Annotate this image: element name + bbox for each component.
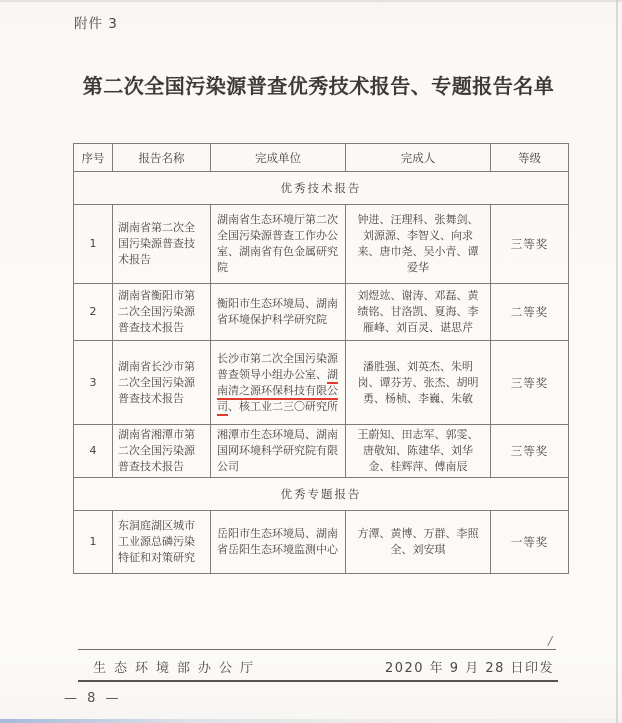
- header-unit: 完成单位: [211, 144, 346, 172]
- cell-report-name: 东洞庭湖区城市工业源总磷污染特征和对策研究: [113, 511, 211, 574]
- attachment-label: 附件 3: [74, 12, 118, 32]
- cell-people: 潘胜强、刘英杰、朱明岗、谭芬芳、张杰、胡明勇、杨桢、李巍、朱敏: [346, 341, 491, 425]
- header-report-name: 报告名称: [113, 144, 211, 172]
- cell-people: 方潭、黄博、万群、李照全、刘安琪: [346, 511, 491, 574]
- unit-text-after: 、核工业二三〇研究所: [228, 400, 338, 413]
- footer-rule-bottom: [78, 680, 558, 682]
- footer: 生态环境部办公厅 2020 年 9 月 28 日印发: [78, 655, 556, 677]
- cell-report-name: 湖南省第二次全国污染源普查技术报告: [113, 205, 211, 284]
- footer-issuer: 生态环境部办公厅: [78, 657, 261, 676]
- table-header-row: 序号 报告名称 完成单位 完成人 等级: [74, 144, 569, 172]
- scan-slash-mark: /: [547, 634, 554, 650]
- cell-serial: 3: [74, 341, 113, 425]
- cell-report-name: 湖南省湘潭市第二次全国污染源普查技术报告: [113, 425, 211, 478]
- cell-people: 王蔚知、田志军、郭雯、唐敬知、陈建华、刘华金、桂辉萍、傅南辰: [346, 425, 491, 478]
- cell-unit: 湖南省生态环境厅第二次全国污染源普查工作办公室、湖南省有色金属研究院: [211, 205, 346, 284]
- cell-grade: 二等奖: [491, 284, 569, 341]
- scan-top-edge-artifact: [0, 0, 622, 2]
- cell-grade: 一等奖: [491, 511, 569, 574]
- document-title: 第二次全国污染源普查优秀技术报告、专题报告名单: [66, 70, 571, 99]
- section-row-tech-reports: 优秀技术报告: [74, 172, 569, 205]
- cell-report-name: 湖南省衡阳市第二次全国污染源普查技术报告: [113, 284, 211, 341]
- cell-serial: 1: [74, 511, 113, 574]
- header-serial: 序号: [74, 144, 113, 172]
- section-title: 优秀专题报告: [74, 478, 569, 511]
- scan-right-edge-artifact: [616, 0, 618, 723]
- cell-grade: 三等奖: [491, 425, 569, 478]
- cell-serial: 1: [74, 205, 113, 284]
- footer-rule-top: [78, 649, 556, 650]
- table-row: 3 湖南省长沙市第二次全国污染源普查技术报告 长沙市第二次全国污染源普查领导小组…: [74, 341, 569, 425]
- cell-unit: 衡阳市生态环境局、湖南省环境保护科学研究院: [211, 284, 346, 341]
- cell-unit: 岳阳市生态环境局、湖南省岳阳生态环境监测中心: [211, 511, 346, 574]
- footer-print-date: 2020 年 9 月 28 日印发: [385, 657, 556, 676]
- cell-grade: 三等奖: [491, 205, 569, 284]
- cell-people: 钟进、汪理科、张舞剑、刘源源、李智义、向求来、唐巾尧、吴小青、谭爱华: [346, 205, 491, 284]
- cell-grade: 三等奖: [491, 341, 569, 425]
- table-row: 1 湖南省第二次全国污染源普查技术报告 湖南省生态环境厅第二次全国污染源普查工作…: [74, 205, 569, 284]
- section-title: 优秀技术报告: [74, 172, 569, 205]
- scanned-document-page: 附件 3 第二次全国污染源普查优秀技术报告、专题报告名单 序号 报告名称 完成单…: [0, 0, 622, 723]
- cell-serial: 4: [74, 425, 113, 478]
- table-row: 4 湖南省湘潭市第二次全国污染源普查技术报告 湘潭市生态环境局、湖南国网环境科学…: [74, 425, 569, 478]
- table-row: 1 东洞庭湖区城市工业源总磷污染特征和对策研究 岳阳市生态环境局、湖南省岳阳生态…: [74, 511, 569, 574]
- cell-serial: 2: [74, 284, 113, 341]
- table-row: 2 湖南省衡阳市第二次全国污染源普查技术报告 衡阳市生态环境局、湖南省环境保护科…: [74, 284, 569, 341]
- cell-people: 刘煜竑、谢涛、邓磊、黄绩铭、甘洛凯、夏海、李雁峰、刘百灵、谌思芹: [346, 284, 491, 341]
- unit-text-before: 长沙市第二次全国污染源普查领导小组办公室、: [217, 352, 338, 381]
- reports-table: 序号 报告名称 完成单位 完成人 等级 优秀技术报告 1 湖南省第二次全国污染源…: [73, 143, 569, 574]
- section-row-special-reports: 优秀专题报告: [74, 478, 569, 511]
- page-number: — 8 —: [64, 691, 122, 706]
- cell-unit: 湘潭市生态环境局、湖南国网环境科学研究院有限公司: [211, 425, 346, 478]
- header-grade: 等级: [491, 144, 569, 172]
- header-people: 完成人: [346, 144, 491, 172]
- scan-bottom-edge-artifact: [0, 719, 622, 723]
- cell-unit: 长沙市第二次全国污染源普查领导小组办公室、湖南清之源环保科技有限公司、核工业二三…: [211, 341, 346, 425]
- cell-report-name: 湖南省长沙市第二次全国污染源普查技术报告: [113, 341, 211, 425]
